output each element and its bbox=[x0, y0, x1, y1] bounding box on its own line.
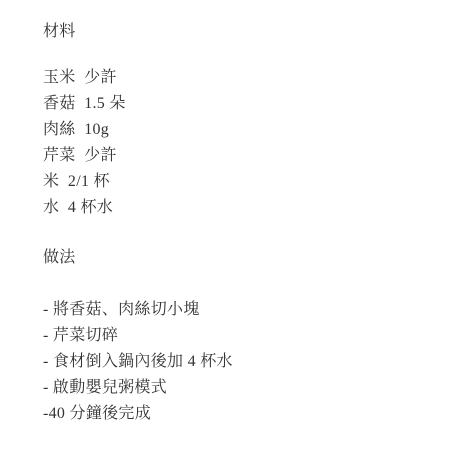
ingredient-item-mushroom: 香菇 1.5 朵 bbox=[43, 91, 434, 117]
step-item-5: -40 分鐘後完成 bbox=[43, 401, 434, 427]
step-item-4: - 啟動嬰兒粥模式 bbox=[43, 375, 434, 401]
ingredient-item-water: 水 4 杯水 bbox=[43, 195, 434, 221]
step-item-3: - 食材倒入鍋內後加 4 杯水 bbox=[43, 349, 434, 375]
steps-heading: 做法 bbox=[43, 245, 434, 271]
ingredient-item-rice: 米 2/1 杯 bbox=[43, 169, 434, 195]
step-item-2: - 芹菜切碎 bbox=[43, 323, 434, 349]
recipe-document: 材料 玉米 少許 香菇 1.5 朵 肉絲 10g 芹菜 少許 米 2/1 杯 水… bbox=[0, 0, 454, 453]
spacer bbox=[43, 271, 434, 297]
step-item-1: - 將香菇、肉絲切小塊 bbox=[43, 297, 434, 323]
ingredients-heading: 材料 bbox=[43, 19, 434, 45]
spacer bbox=[43, 45, 434, 65]
ingredient-item-corn: 玉米 少許 bbox=[43, 65, 434, 91]
spacer bbox=[43, 221, 434, 245]
ingredient-item-celery: 芹菜 少許 bbox=[43, 143, 434, 169]
ingredient-item-pork: 肉絲 10g bbox=[43, 117, 434, 143]
